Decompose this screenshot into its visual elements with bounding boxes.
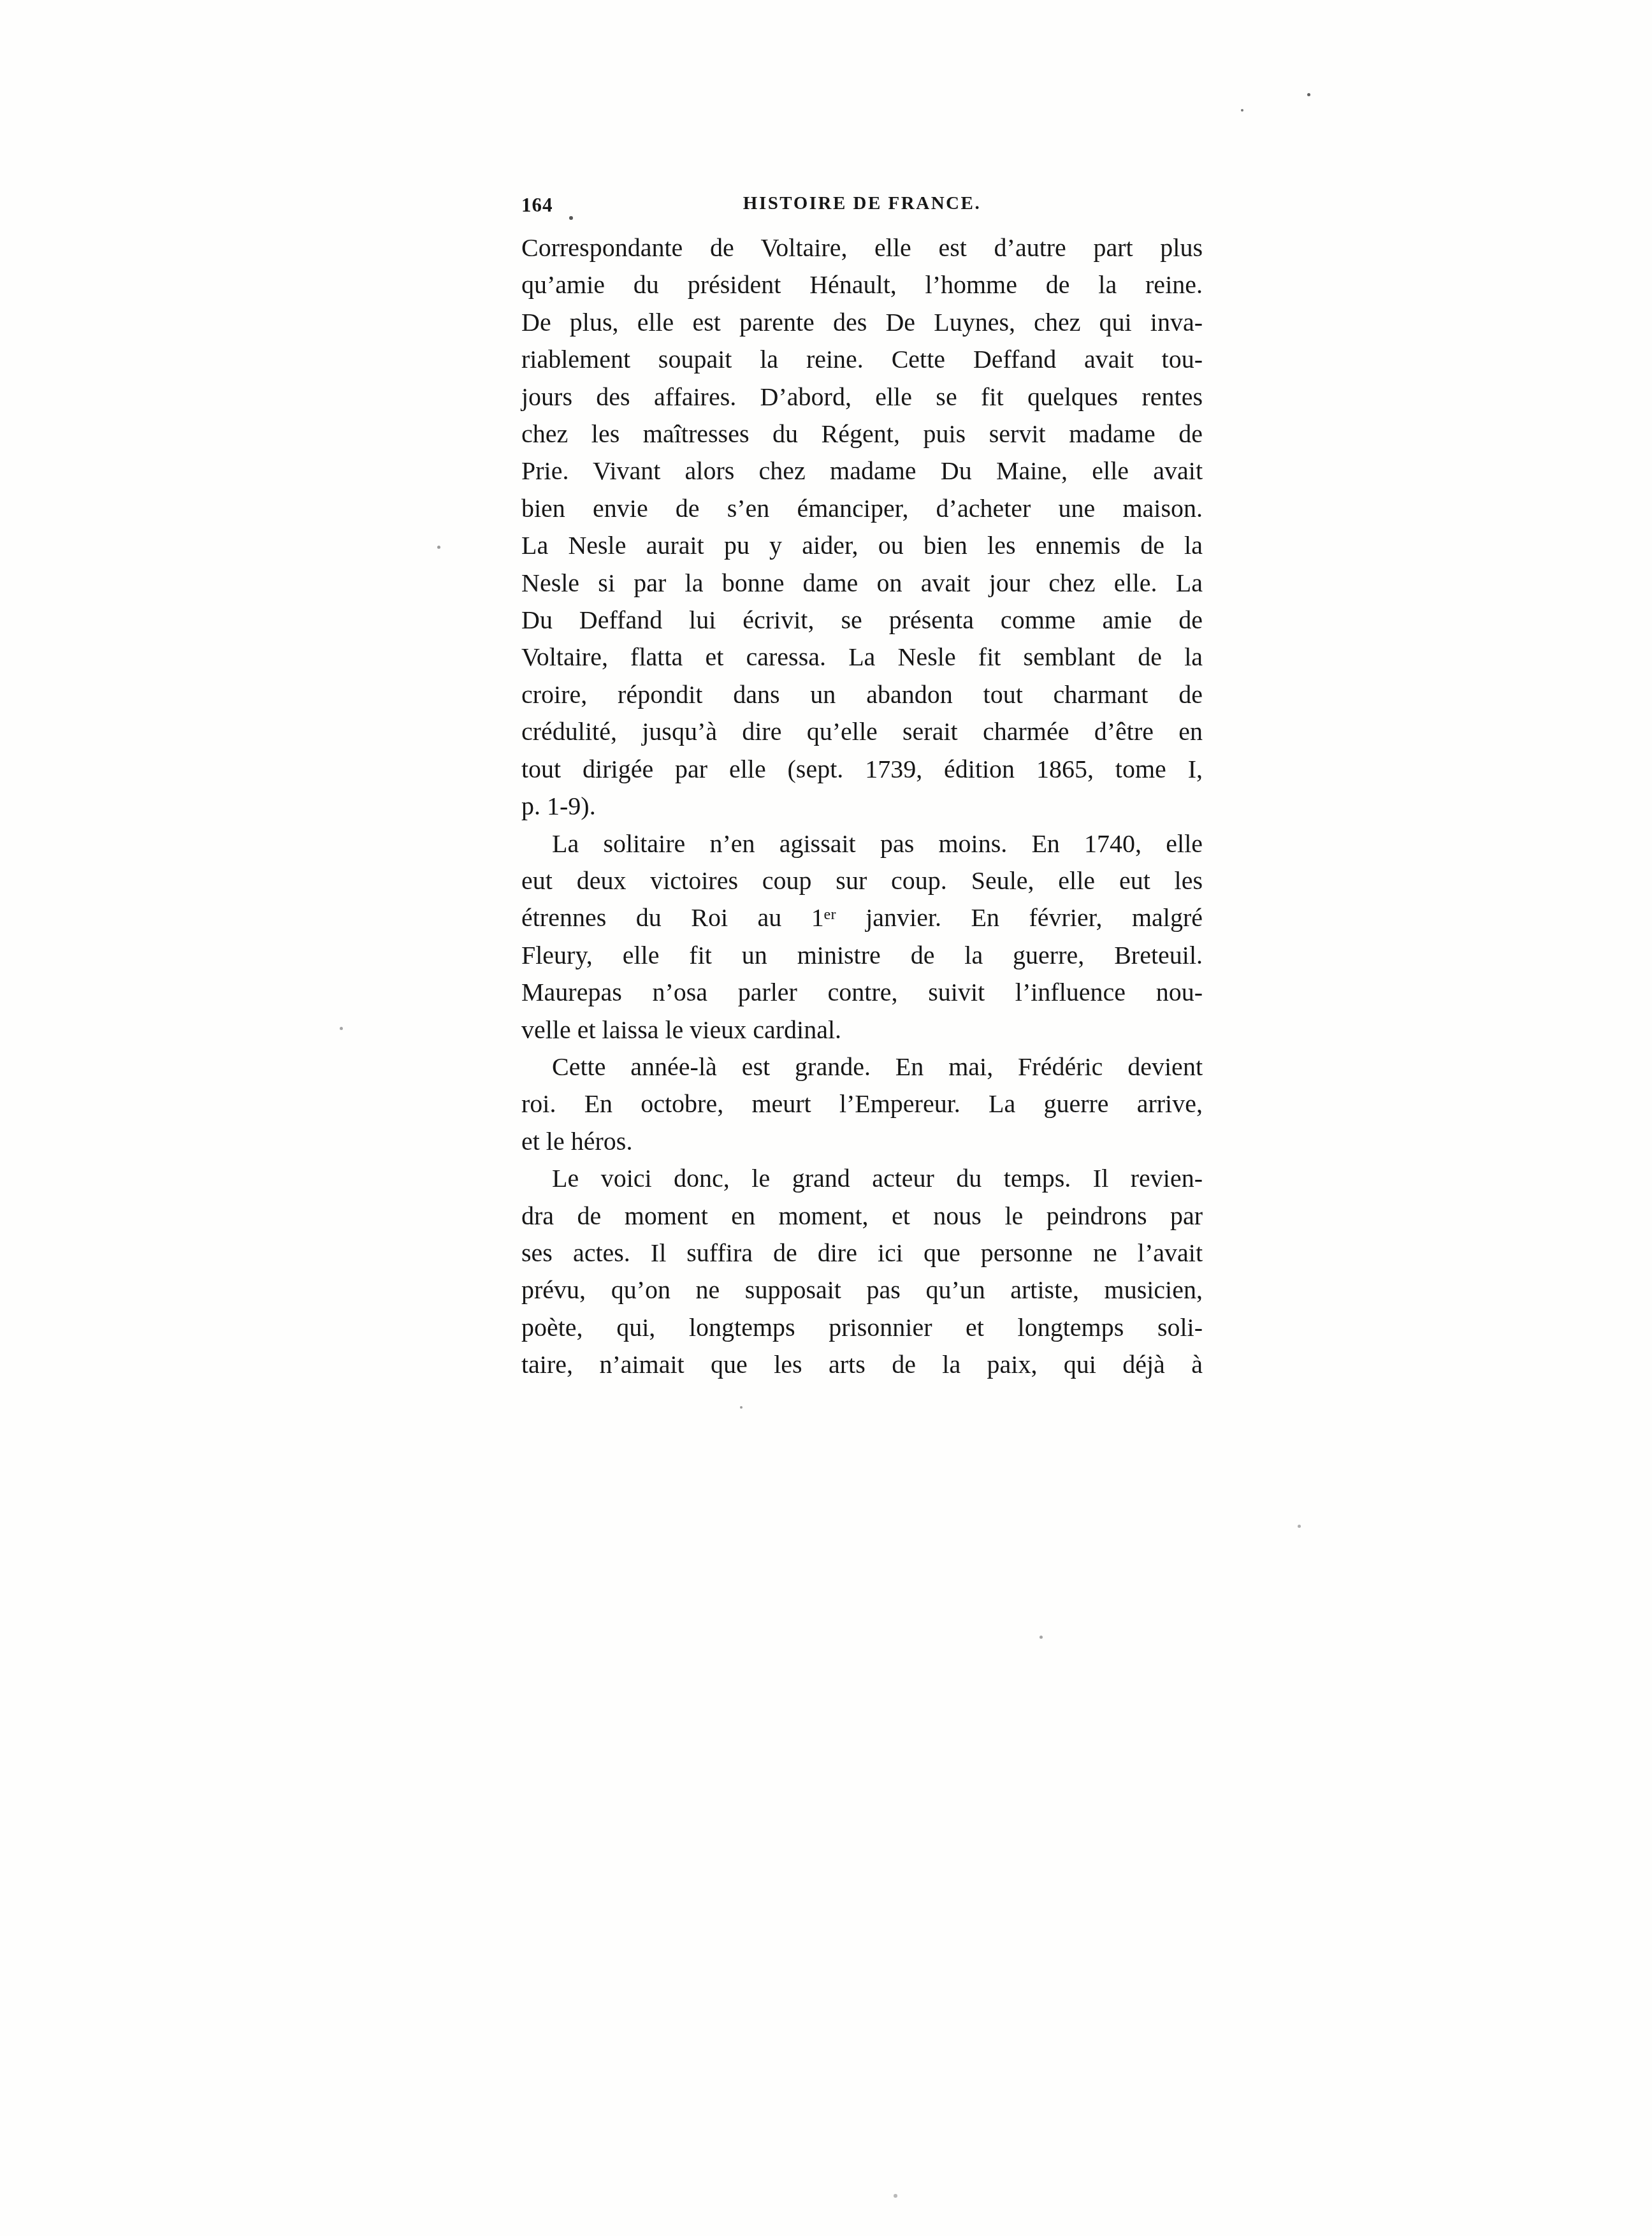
scan-speck <box>1040 1636 1043 1639</box>
scan-speck <box>1298 1525 1301 1528</box>
paragraph: La solitaire n’en agissait pas moins. En… <box>521 825 1203 1049</box>
text-line: La Nesle aurait pu y aider, ou bien les … <box>521 527 1203 564</box>
text-line: jours des affaires. D’abord, elle se fit… <box>521 379 1203 416</box>
text-line: Du Deffand lui écrivit, se présenta comm… <box>521 602 1203 639</box>
text-block: Correspondante de Voltaire, elle est d’a… <box>521 229 1203 1384</box>
running-title: HISTOIRE DE FRANCE. <box>521 193 1203 214</box>
text-line: ses actes. Il suffira de dire ici que pe… <box>521 1235 1203 1272</box>
running-header: 164 HISTOIRE DE FRANCE. <box>521 193 1203 221</box>
text-line: De plus, elle est parente des De Luynes,… <box>521 304 1203 341</box>
text-line: chez les maîtresses du Régent, puis serv… <box>521 416 1203 453</box>
text-line: qu’amie du président Hénault, l’homme de… <box>521 266 1203 303</box>
text-line: et le héros. <box>521 1123 1203 1160</box>
page-number: 164 <box>521 194 553 217</box>
text-line: p. 1-9). <box>521 788 1203 825</box>
page: 164 HISTOIRE DE FRANCE. Correspondante d… <box>0 0 1652 2236</box>
text-line: velle et laissa le vieux cardinal. <box>521 1012 1203 1049</box>
text-line: roi. En octobre, meurt l’Empereur. La gu… <box>521 1085 1203 1122</box>
text-line: tout dirigée par elle (sept. 1739, éditi… <box>521 751 1203 788</box>
text-line: eut deux victoires coup sur coup. Seule,… <box>521 862 1203 899</box>
text-line: Voltaire, flatta et caressa. La Nesle fi… <box>521 639 1203 676</box>
scan-speck <box>569 216 573 220</box>
paragraph: Cette année-là est grande. En mai, Frédé… <box>521 1049 1203 1160</box>
text-line: prévu, qu’on ne supposait pas qu’un arti… <box>521 1272 1203 1309</box>
text-line: bien envie de s’en émanciper, d’acheter … <box>521 490 1203 527</box>
text-line: Nesle si par la bonne dame on avait jour… <box>521 565 1203 602</box>
text-line: Correspondante de Voltaire, elle est d’a… <box>521 229 1203 266</box>
scan-speck <box>894 2194 897 2198</box>
text-line: La solitaire n’en agissait pas moins. En… <box>521 825 1203 862</box>
scan-speck <box>340 1027 343 1030</box>
text-line: riablement soupait la reine. Cette Deffa… <box>521 341 1203 378</box>
paragraph: Correspondante de Voltaire, elle est d’a… <box>521 229 1203 825</box>
text-line: taire, n’aimait que les arts de la paix,… <box>521 1346 1203 1383</box>
text-line: étrennes du Roi au 1ᵉʳ janvier. En févri… <box>521 899 1203 936</box>
scan-speck <box>1241 109 1243 112</box>
text-line: crédulité, jusqu’à dire qu’elle serait c… <box>521 713 1203 750</box>
text-line: Le voici donc, le grand acteur du temps.… <box>521 1160 1203 1197</box>
text-line: Prie. Vivant alors chez madame Du Maine,… <box>521 453 1203 490</box>
text-line: Cette année-là est grande. En mai, Frédé… <box>521 1049 1203 1085</box>
text-line: Maurepas n’osa parler contre, suivit l’i… <box>521 974 1203 1011</box>
paragraph: Le voici donc, le grand acteur du temps.… <box>521 1160 1203 1383</box>
scan-speck <box>1307 93 1310 96</box>
text-line: dra de moment en moment, et nous le pein… <box>521 1198 1203 1235</box>
scan-speck <box>437 546 440 549</box>
text-line: Fleury, elle fit un ministre de la guerr… <box>521 937 1203 974</box>
scan-speck <box>740 1406 743 1409</box>
text-line: croire, répondit dans un abandon tout ch… <box>521 676 1203 713</box>
text-line: poète, qui, longtemps prisonnier et long… <box>521 1309 1203 1346</box>
